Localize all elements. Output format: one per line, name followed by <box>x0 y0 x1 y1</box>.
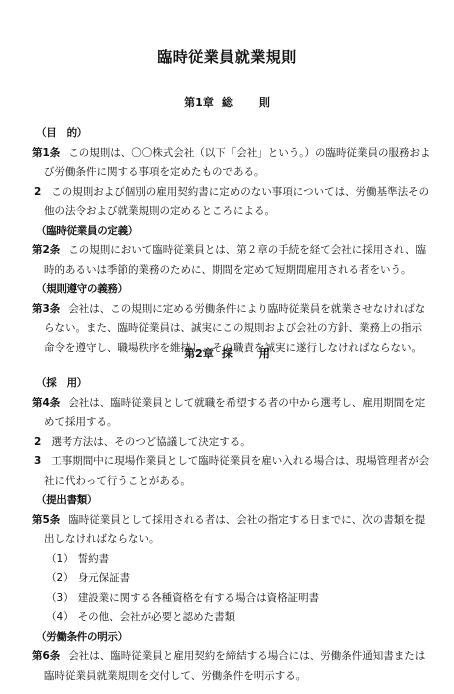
chapter-name-part: 採 <box>222 347 233 360</box>
article-caption: （提出書類） <box>36 491 432 511</box>
paragraph-text: 工事期間中に現場作業員として臨時従業員を雇い入れる場合は、現場管理者が会社に代わ… <box>44 455 429 487</box>
chapter-name-part: 用 <box>259 347 270 360</box>
article-number: 第1条 <box>32 147 60 159</box>
article-caption: （臨時従業員の定義） <box>36 222 432 242</box>
paragraph-number: 3 <box>34 455 41 467</box>
document-title: 臨時従業員就業規則 <box>0 46 454 67</box>
item-number: （1） <box>46 553 74 565</box>
chapter-name-part: 則 <box>259 96 270 109</box>
chapter-2-heading: 第2章採用 <box>0 345 454 361</box>
article-text: この規則は、〇〇株式会社（以下「会社」という。）の臨時従業員の服務および労働条件… <box>44 147 431 179</box>
article-caption: （採 用） <box>36 374 432 394</box>
article-4-paragraph-2: 2選考方法は、そのつど協議して決定する。 <box>32 433 432 453</box>
item-text: その他、会社が必要と認めた書類 <box>78 611 236 623</box>
article-4: 第4条会社は、臨時従業員として就職を希望する者の中から選考し、雇用期間を定めて採… <box>32 394 432 433</box>
article-text: 会社は、臨時従業員と雇用契約を締結する場合には、労働条件通知書または臨時従業員就… <box>44 650 425 682</box>
list-item: （4）その他、会社が必要と認めた書類 <box>32 608 432 628</box>
item-text: 建設業に関する各種資格を有する場合は資格証明書 <box>78 592 320 604</box>
chapter-number: 第1章 <box>184 96 214 109</box>
paragraph-number: 2 <box>34 186 41 198</box>
article-5: 第5条臨時従業員として採用される者は、会社の指定する日までに、次の書類を提出しな… <box>32 511 432 550</box>
article-number: 第5条 <box>32 514 60 526</box>
document-page: 臨時従業員就業規則 第1章総則 （目 的） 第1条この規則は、〇〇株式会社（以下… <box>0 0 454 694</box>
article-text: 会社は、臨時従業員として就職を希望する者の中から選考し、雇用期間を定めて採用する… <box>44 397 425 429</box>
list-item: （2）身元保証書 <box>32 569 432 589</box>
article-number: 第2条 <box>32 244 60 256</box>
article-2: 第2条この規則において臨時従業員とは、第２章の手続を経て会社に採用され、臨時的あ… <box>32 241 432 280</box>
item-text: 誓約書 <box>78 553 110 565</box>
paragraph-number: 2 <box>34 436 41 448</box>
item-number: （4） <box>46 611 74 623</box>
article-4-paragraph-3: 3工事期間中に現場作業員として臨時従業員を雇い入れる場合は、現場管理者が会社に代… <box>32 452 432 491</box>
article-number: 第6条 <box>32 650 60 662</box>
article-caption: （規則遵守の義務） <box>36 280 432 300</box>
article-caption: （労働条件の明示） <box>36 628 432 648</box>
chapter-name-part: 総 <box>222 96 233 109</box>
chapter-1-body: （目 的） 第1条この規則は、〇〇株式会社（以下「会社」という。）の臨時従業員の… <box>32 124 432 358</box>
article-text: この規則において臨時従業員とは、第２章の手続を経て会社に採用され、臨時的あるいは… <box>44 244 426 276</box>
article-1: 第1条この規則は、〇〇株式会社（以下「会社」という。）の臨時従業員の服務および労… <box>32 144 432 183</box>
chapter-number: 第2章 <box>184 347 214 360</box>
item-text: 身元保証書 <box>78 572 131 584</box>
article-number: 第4条 <box>32 397 60 409</box>
item-number: （3） <box>46 592 74 604</box>
article-6: 第6条会社は、臨時従業員と雇用契約を締結する場合には、労働条件通知書または臨時従… <box>32 647 432 686</box>
list-item: （3）建設業に関する各種資格を有する場合は資格証明書 <box>32 589 432 609</box>
chapter-1-heading: 第1章総則 <box>0 94 454 110</box>
paragraph-text: この規則および個別の雇用契約書に定めのない事項については、労働基準法その他の法令… <box>44 186 429 218</box>
paragraph-text: 選考方法は、そのつど協議して決定する。 <box>51 436 251 448</box>
article-1-paragraph-2: 2この規則および個別の雇用契約書に定めのない事項については、労働基準法その他の法… <box>32 183 432 222</box>
article-text: 臨時従業員として採用される者は、会社の指定する日までに、次の書類を提出しなければ… <box>44 514 425 546</box>
list-item: （1）誓約書 <box>32 550 432 570</box>
item-number: （2） <box>46 572 74 584</box>
chapter-2-body: （採 用） 第4条会社は、臨時従業員として就職を希望する者の中から選考し、雇用期… <box>32 374 432 686</box>
article-number: 第3条 <box>32 303 60 315</box>
article-caption: （目 的） <box>36 124 432 144</box>
